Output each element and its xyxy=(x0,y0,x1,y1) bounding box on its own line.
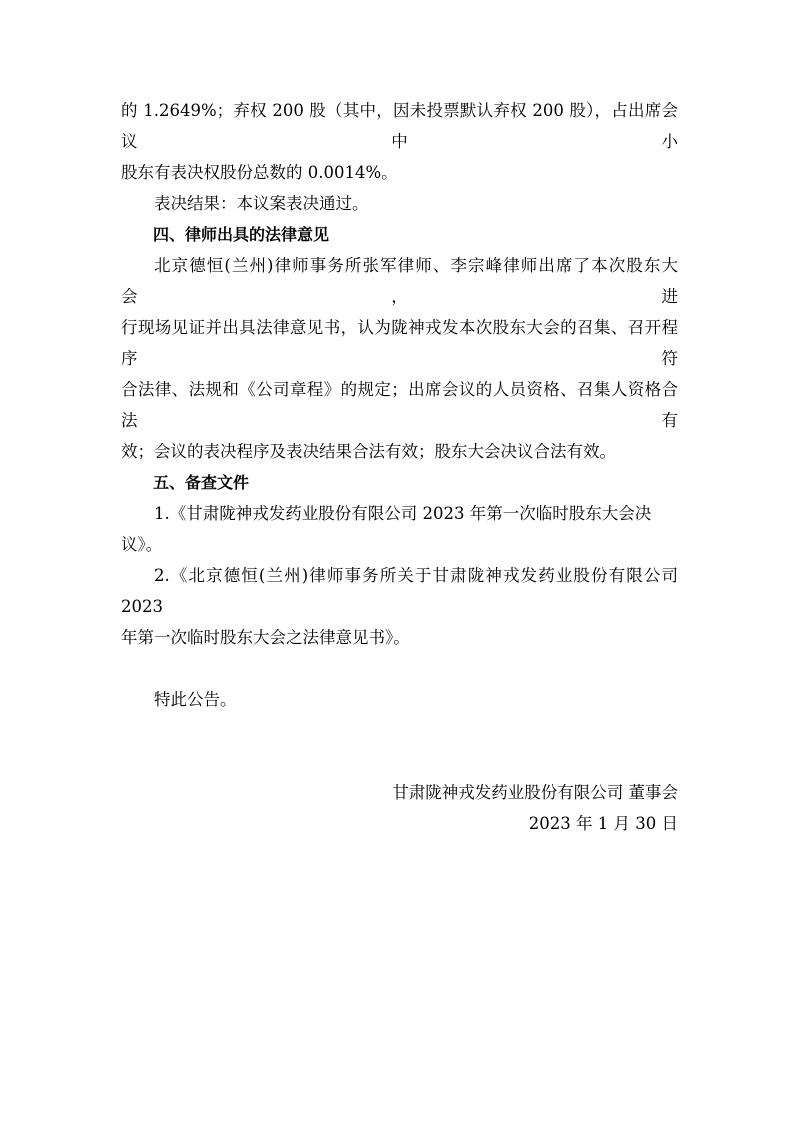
blank-line xyxy=(121,715,678,746)
legal-opinion-line-2: 行现场见证并出具法律意见书，认为陇神戎发本次股东大会的召集、召开程序符 xyxy=(121,312,678,374)
announcement-closing-line: 特此公告。 xyxy=(121,684,678,715)
legal-opinion-line-1: 北京德恒(兰州)律师事务所张军律师、李宗峰律师出席了本次股东大会，进 xyxy=(121,250,678,312)
section-heading-legal-opinion: 四、律师出具的法律意见 xyxy=(121,219,678,250)
signature-company-board: 甘肃陇神戎发药业股份有限公司 董事会 xyxy=(121,777,678,808)
paragraph-vote-abstain-line-2: 股东有表决权股份总数的 0.0014%。 xyxy=(121,157,678,188)
reference-doc-item-2-line-1: 2.《北京德恒(兰州)律师事务所关于甘肃陇神戎发药业股份有限公司 2023 xyxy=(121,560,678,622)
signature-date: 2023 年 1 月 30 日 xyxy=(121,808,678,839)
voting-result-line: 表决结果：本议案表决通过。 xyxy=(121,188,678,219)
reference-doc-item-1: 1.《甘肃陇神戎发药业股份有限公司 2023 年第一次临时股东大会决议》。 xyxy=(121,498,678,560)
legal-opinion-line-4: 效；会议的表决程序及表决结果合法有效；股东大会决议合法有效。 xyxy=(121,436,678,467)
section-heading-reference-docs: 五、备查文件 xyxy=(121,467,678,498)
blank-line xyxy=(121,746,678,777)
legal-opinion-line-3: 合法律、法规和《公司章程》的规定；出席会议的人员资格、召集人资格合法有 xyxy=(121,374,678,436)
document-body: 的 1.2649%；弃权 200 股（其中，因未投票默认弃权 200 股），占出… xyxy=(121,95,678,839)
paragraph-vote-abstain-line-1: 的 1.2649%；弃权 200 股（其中，因未投票默认弃权 200 股），占出… xyxy=(121,95,678,157)
reference-doc-item-2-line-2: 年第一次临时股东大会之法律意见书》。 xyxy=(121,622,678,653)
a4-document-page: 的 1.2649%；弃权 200 股（其中，因未投票默认弃权 200 股），占出… xyxy=(0,0,793,1122)
blank-line xyxy=(121,653,678,684)
